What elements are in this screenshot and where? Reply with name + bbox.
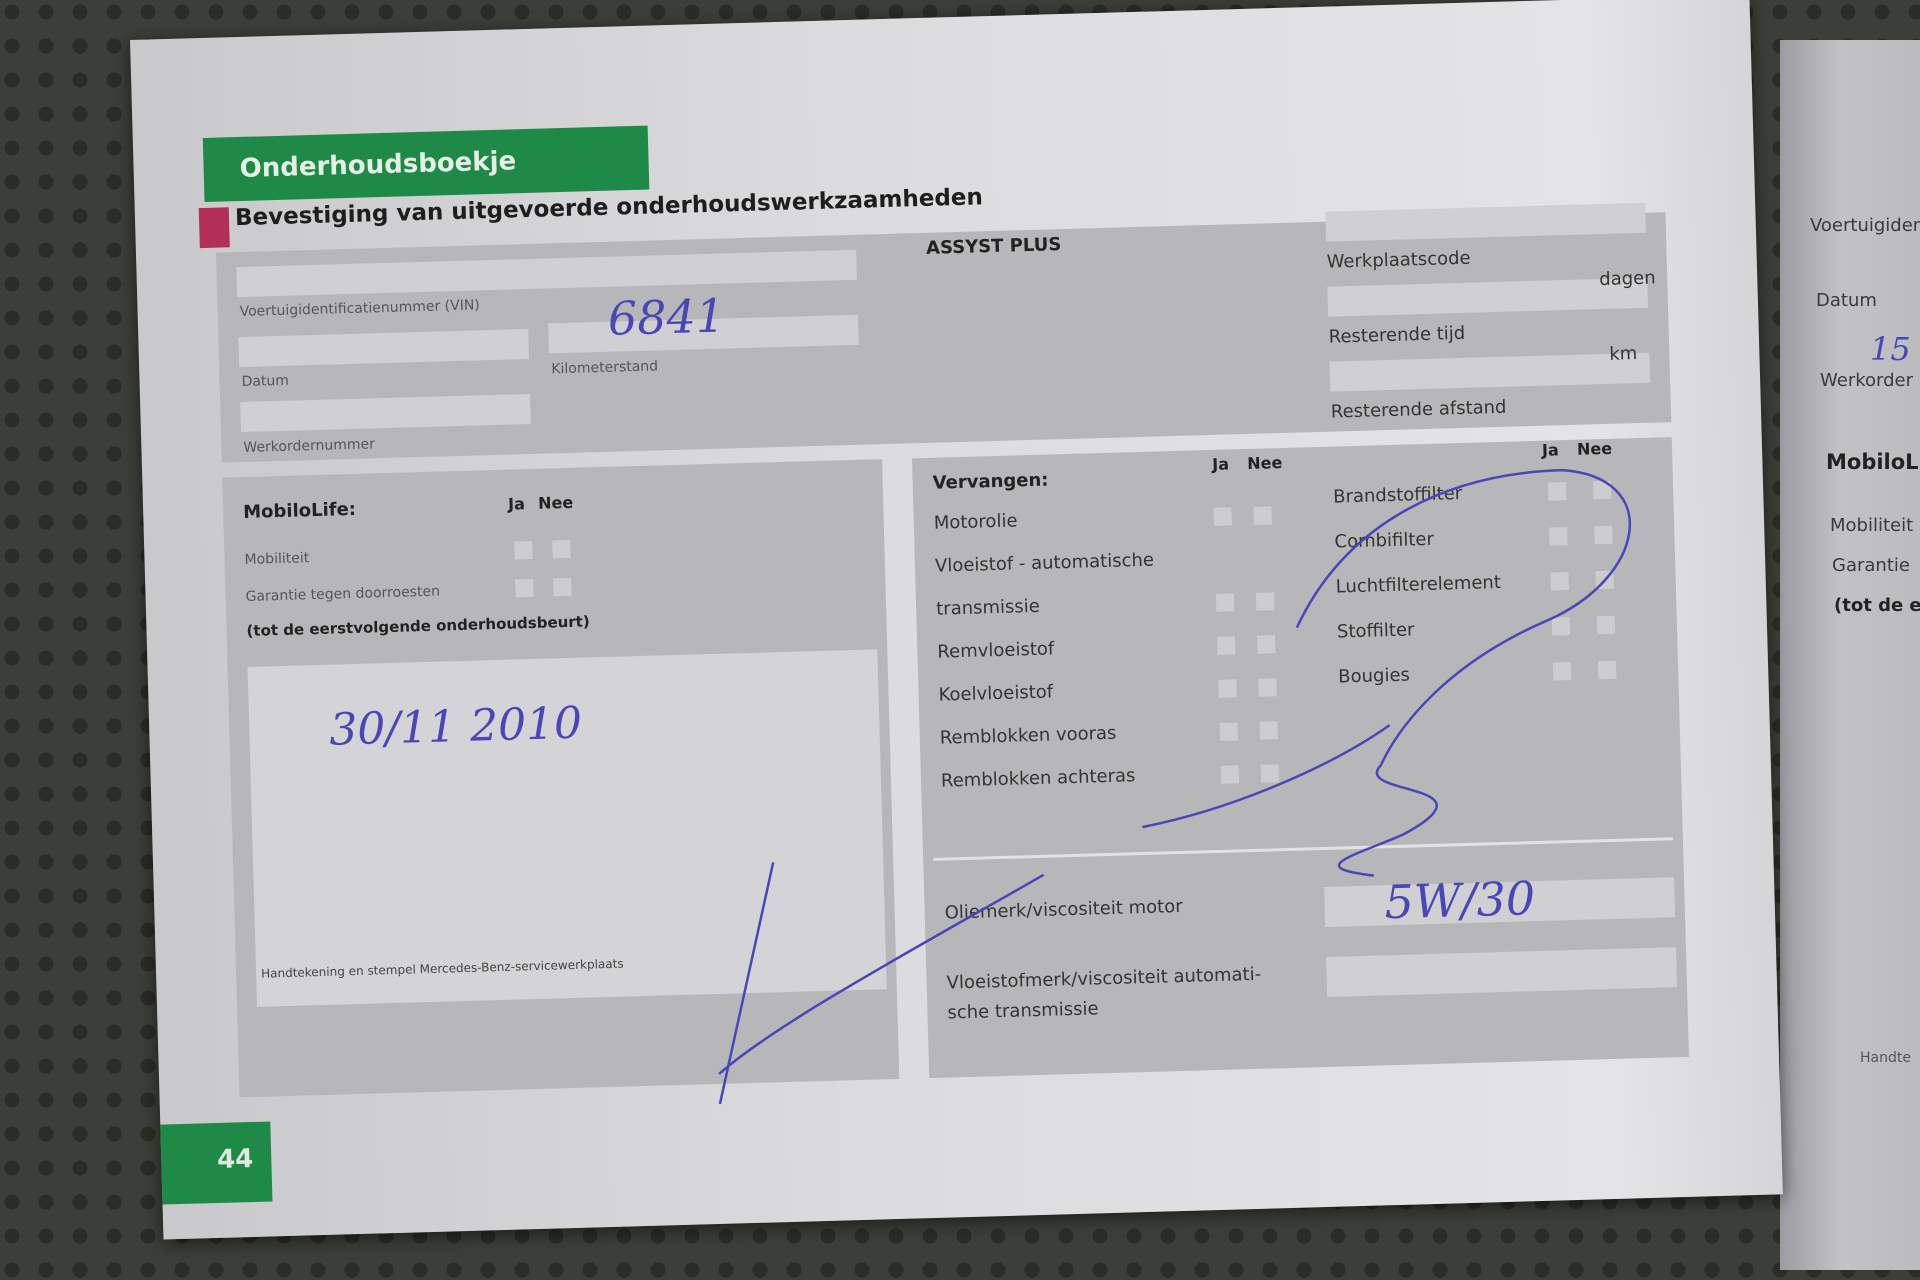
- signature-box[interactable]: 30/11 2010 Handtekening en stempel Merce…: [248, 649, 887, 1006]
- vin-label: Voertuigidentificatienummer (VIN): [239, 297, 480, 320]
- transmission-fluid-label-2: sche transmissie: [947, 998, 1099, 1023]
- mobilolife-yes-header: Ja: [508, 494, 525, 513]
- next-caption: Handte: [1860, 1050, 1911, 1066]
- remaining-distance-label: Resterende afstand: [1331, 397, 1507, 423]
- next-mobility: Mobiliteit: [1830, 515, 1913, 536]
- next-note: (tot de e: [1834, 595, 1920, 616]
- mobilolife-no-header: Nee: [538, 493, 574, 513]
- replaced-yes-checkbox[interactable]: [1550, 572, 1568, 590]
- transmission-fluid-field[interactable]: [1326, 947, 1677, 997]
- next-handwritten: 15: [1870, 330, 1911, 368]
- replaced-title: Vervangen:: [932, 470, 1048, 494]
- replaced-item: Luchtfilterelement: [1335, 572, 1501, 598]
- replaced-item: Remblokken achteras: [941, 765, 1136, 791]
- replaced-item: Motorolie: [934, 510, 1018, 533]
- replaced-yes-checkbox[interactable]: [1548, 482, 1566, 500]
- replaced-item: Vloeistof - automatische: [935, 550, 1155, 577]
- rust-guarantee-yes-checkbox[interactable]: [515, 579, 533, 597]
- vehicle-info-panel: Voertuigidentificatienummer (VIN) Datum …: [216, 212, 1671, 462]
- maintenance-booklet-page: Onderhoudsboekje Bevestiging van uitgevo…: [130, 0, 1783, 1240]
- replaced-no-checkbox[interactable]: [1593, 481, 1611, 499]
- replaced-yes-checkbox[interactable]: [1553, 662, 1571, 680]
- replaced-no-header-2: Nee: [1577, 439, 1613, 459]
- date-label: Datum: [241, 373, 289, 390]
- odometer-value: 6841: [607, 289, 726, 346]
- next-date-label: Datum: [1816, 290, 1877, 311]
- service-type: ASSYST PLUS: [926, 234, 1062, 259]
- section-tab: Onderhoudsboekje: [203, 126, 650, 202]
- replaced-no-checkbox[interactable]: [1259, 721, 1277, 739]
- replaced-no-checkbox[interactable]: [1595, 571, 1613, 589]
- signature-caption: Handtekening en stempel Mercedes-Benz-se…: [261, 957, 624, 981]
- replaced-no-header-1: Nee: [1247, 453, 1283, 473]
- replaced-yes-checkbox[interactable]: [1221, 765, 1239, 783]
- remaining-distance-unit: km: [1609, 343, 1638, 365]
- replaced-item: Bougies: [1338, 665, 1410, 688]
- replaced-no-checkbox[interactable]: [1594, 526, 1612, 544]
- date-field[interactable]: [238, 329, 529, 367]
- replaced-yes-checkbox[interactable]: [1552, 617, 1570, 635]
- replaced-no-checkbox[interactable]: [1256, 592, 1274, 610]
- engine-oil-value: 5W/30: [1384, 871, 1536, 929]
- mobilolife-item: Mobiliteit: [244, 550, 309, 568]
- replaced-yes-checkbox[interactable]: [1549, 527, 1567, 545]
- replaced-item: Brandstoffilter: [1333, 483, 1463, 508]
- replaced-yes-checkbox[interactable]: [1216, 593, 1234, 611]
- mobilolife-item: Garantie tegen doorroesten: [245, 584, 440, 605]
- replaced-item: transmissie: [936, 596, 1040, 620]
- next-guarantee: Garantie: [1832, 555, 1910, 576]
- accent-marker: [199, 207, 230, 248]
- next-work-order-label: Werkorder: [1820, 370, 1913, 391]
- mobility-yes-checkbox[interactable]: [514, 541, 532, 559]
- vin-field[interactable]: [236, 250, 857, 297]
- replaced-item: Koelvloeistof: [938, 681, 1053, 705]
- replaced-yes-checkbox[interactable]: [1213, 507, 1231, 525]
- mobilolife-title: MobiloLife:: [243, 499, 356, 523]
- work-order-label: Werkordernummer: [243, 436, 375, 456]
- replaced-no-checkbox[interactable]: [1253, 506, 1271, 524]
- mobility-no-checkbox[interactable]: [552, 540, 570, 558]
- remaining-time-unit: dagen: [1599, 267, 1656, 290]
- next-page-edge: Voertuigiden Datum 15 Werkorder MobiloLi…: [1780, 40, 1920, 1270]
- next-mobilolife-title: MobiloLi: [1826, 450, 1920, 474]
- handwritten-date: 30/11 2010: [329, 698, 583, 756]
- replaced-yes-checkbox[interactable]: [1218, 679, 1236, 697]
- next-vin-label: Voertuigiden: [1810, 215, 1920, 236]
- mobilolife-panel: MobiloLife: Ja Nee Mobiliteit Garantie t…: [222, 459, 899, 1097]
- divider: [933, 837, 1673, 861]
- replaced-yes-checkbox[interactable]: [1217, 636, 1235, 654]
- mobilolife-note: (tot de eerstvolgende onderhoudsbeurt): [246, 612, 590, 640]
- workshop-code-field[interactable]: [1325, 203, 1646, 242]
- engine-oil-label: Oliemerk/viscositeit motor: [944, 896, 1182, 924]
- transmission-fluid-label-1: Vloeistofmerk/viscositeit automati-: [946, 964, 1261, 994]
- remaining-distance-field[interactable]: [1329, 353, 1650, 392]
- replaced-no-checkbox[interactable]: [1257, 635, 1275, 653]
- replaced-parts-panel: Vervangen: Ja Nee Ja Nee MotorolieVloeis…: [912, 437, 1689, 1078]
- replaced-item: Remblokken vooras: [940, 723, 1117, 749]
- page-number: 44: [160, 1122, 272, 1205]
- replaced-no-checkbox[interactable]: [1258, 678, 1276, 696]
- replaced-no-checkbox[interactable]: [1597, 616, 1615, 634]
- replaced-item: Combifilter: [1334, 529, 1434, 553]
- rust-guarantee-no-checkbox[interactable]: [553, 578, 571, 596]
- replaced-item: Remvloeistof: [937, 638, 1054, 662]
- replaced-yes-checkbox[interactable]: [1219, 722, 1237, 740]
- work-order-field[interactable]: [240, 394, 531, 432]
- replaced-item: Stoffilter: [1337, 619, 1415, 642]
- replaced-no-checkbox[interactable]: [1261, 764, 1279, 782]
- replaced-no-checkbox[interactable]: [1598, 661, 1616, 679]
- replaced-yes-header-2: Ja: [1542, 440, 1559, 459]
- odometer-label: Kilometerstand: [551, 358, 658, 377]
- workshop-code-label: Werkplaatscode: [1326, 248, 1471, 273]
- replaced-yes-header-1: Ja: [1212, 454, 1229, 473]
- remaining-time-label: Resterende tijd: [1328, 323, 1465, 348]
